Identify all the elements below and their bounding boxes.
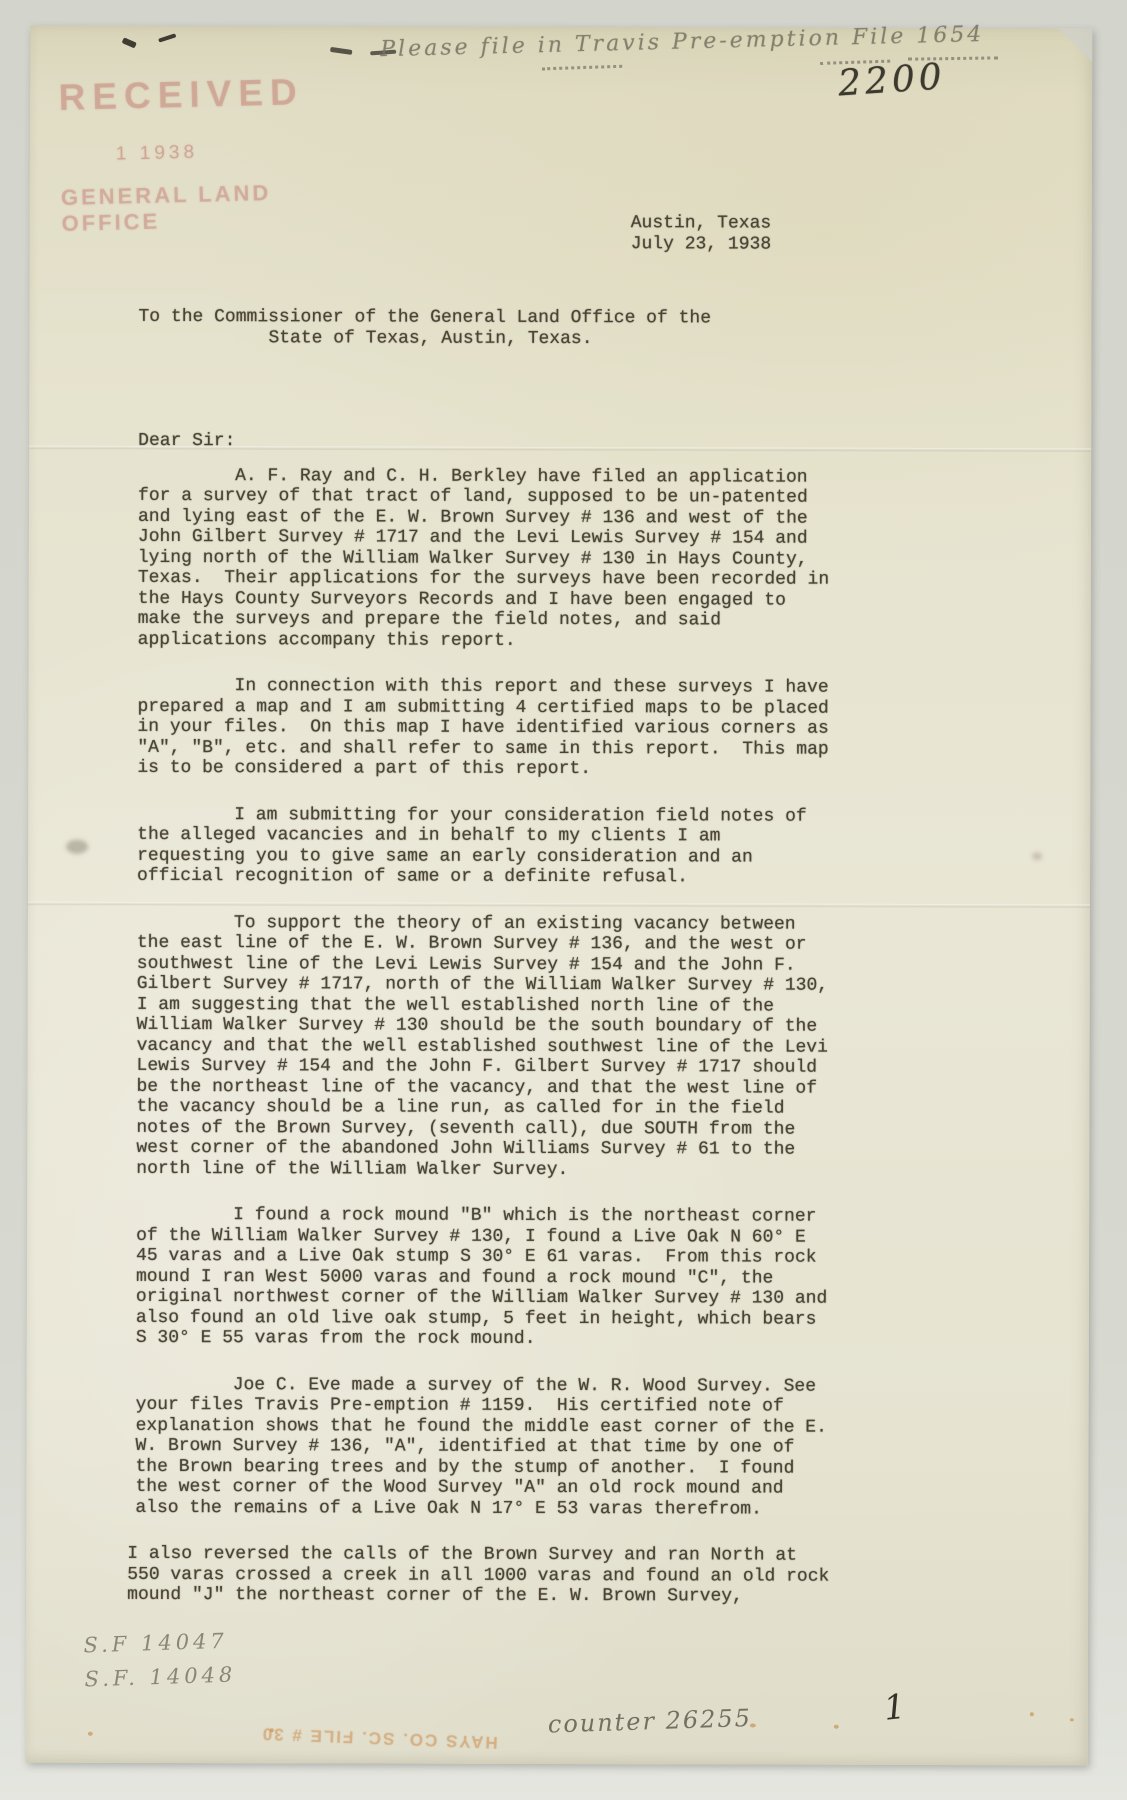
ink-smudge [1032,852,1042,860]
received-stamp-title: RECEIVED [58,71,309,119]
rust-spot [88,1732,93,1736]
rust-spot [834,1725,839,1729]
page-number-handwritten: 1 [882,1687,908,1729]
pencil-mark [330,47,352,55]
letter-paragraph: Joe C. Eve made a survey of the W. R. Wo… [135,1374,835,1519]
letter-paragraph: I am submitting for your consideration f… [137,804,837,888]
rust-spot [1070,1718,1074,1721]
letter-paragraph: To support the theory of an existing vac… [136,912,837,1180]
sf-note-line2: S.F. 14048 [84,1658,237,1697]
letter-body: Austin, Texas July 23, 1938 To the Commi… [135,212,839,1607]
document-page: Please file in Travis Pre-emption File 1… [26,26,1093,1766]
date-block: Austin, Texas July 23, 1938 [631,213,839,255]
received-stamp-date: 1 1938 [116,139,310,166]
survey-file-notes-handwritten: S.F 14047 S.F. 14048 [83,1624,237,1697]
letter-paragraph: I also reversed the calls of the Brown S… [127,1544,835,1607]
sf-note-line1: S.F 14047 [83,1624,236,1663]
counter-note-handwritten: counter 26255 [547,1704,752,1739]
document-number-handwritten: 2200 [837,56,947,104]
folded-corner [1058,28,1092,62]
letter-paragraph: A. F. Ray and C. H. Berkley have filed a… [138,465,838,651]
letter-paragraph: In connection with this report and these… [137,676,837,780]
rust-spot [1030,1712,1034,1716]
ink-smudge [66,840,88,854]
recipient-line1: To the Commissioner of the General Land … [138,307,838,329]
letter-place: Austin, Texas [631,213,839,234]
upside-down-file-stamp: HAYS CO. SC. FILE # 30 [198,1721,499,1752]
salutation: Dear Sir: [138,431,838,453]
pencil-mark [122,37,137,48]
recipient-line2: State of Texas, Austin, Texas. [268,328,838,350]
pencil-dashes [542,64,622,71]
pencil-mark [158,33,176,42]
recipient-address: To the Commissioner of the General Land … [138,307,838,350]
letter-date: July 23, 1938 [631,234,839,255]
letter-paragraph: I found a rock mound "B" which is the no… [136,1205,836,1350]
